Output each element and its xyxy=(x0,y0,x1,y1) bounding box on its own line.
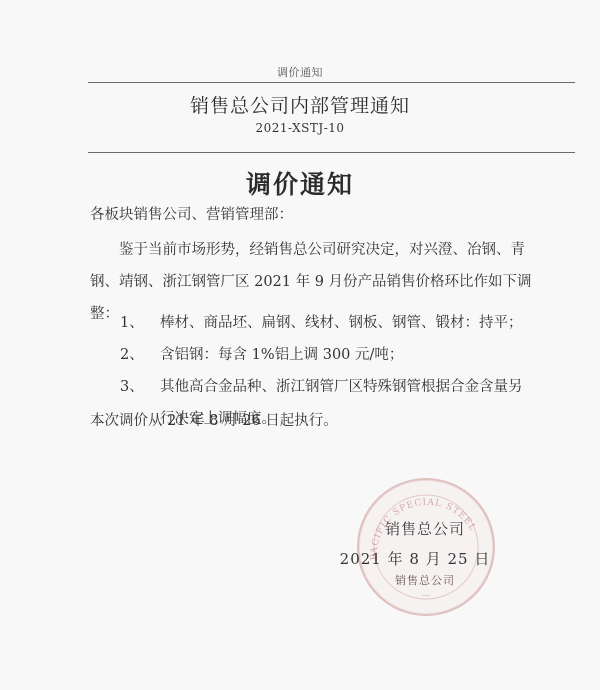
list-item: 2、 含铝钢：每含 1%铝上调 300 元/吨； xyxy=(120,339,560,371)
salutation: 各板块销售公司、营销管理部： xyxy=(90,203,560,224)
seal-inner-text: 销售总公司 xyxy=(355,572,495,588)
official-seal-stamp: PACIFIC SPECIAL STEEL — xyxy=(357,478,495,616)
list-item: 3、 其他高合金品种、浙江钢管厂区特殊钢管根据合金含量另 xyxy=(120,371,560,403)
header-label: 调价通知 xyxy=(0,64,600,80)
list-item-number: 3、 xyxy=(120,371,150,403)
seal-arc-text-icon: PACIFIC SPECIAL STEEL — xyxy=(359,480,493,614)
document-page: 调价通知 销售总公司内部管理通知 2021-XSTJ-10 调价通知 各板块销售… xyxy=(0,0,600,690)
list-item-number: 1、 xyxy=(120,307,150,339)
list-item-text: 棒材、商品坯、扁钢、线材、钢板、钢管、锻材：持平； xyxy=(160,307,523,339)
page-title: 调价通知 xyxy=(0,165,600,201)
signature-date: 2021 年 8 月 25 日 xyxy=(330,548,500,569)
document-number: 2021-XSTJ-10 xyxy=(0,121,600,135)
header-rule-top xyxy=(88,82,575,83)
header-rule-bottom xyxy=(88,152,575,153)
list-item-text: 其他高合金品种、浙江钢管厂区特殊钢管根据合金含量另 xyxy=(160,371,523,403)
execution-note: 本次调价从 21 年 8 月 26 日起执行。 xyxy=(90,409,560,430)
company-notice-title: 销售总公司内部管理通知 xyxy=(0,91,600,118)
list-item: 1、 棒材、商品坯、扁钢、线材、钢板、钢管、锻材：持平； xyxy=(120,307,560,339)
list-item-text: 含铝钢：每含 1%铝上调 300 元/吨； xyxy=(160,339,403,371)
list-item-number: 2、 xyxy=(120,339,150,371)
svg-text:—: — xyxy=(422,591,431,601)
signature-company: 销售总公司 xyxy=(355,518,495,539)
